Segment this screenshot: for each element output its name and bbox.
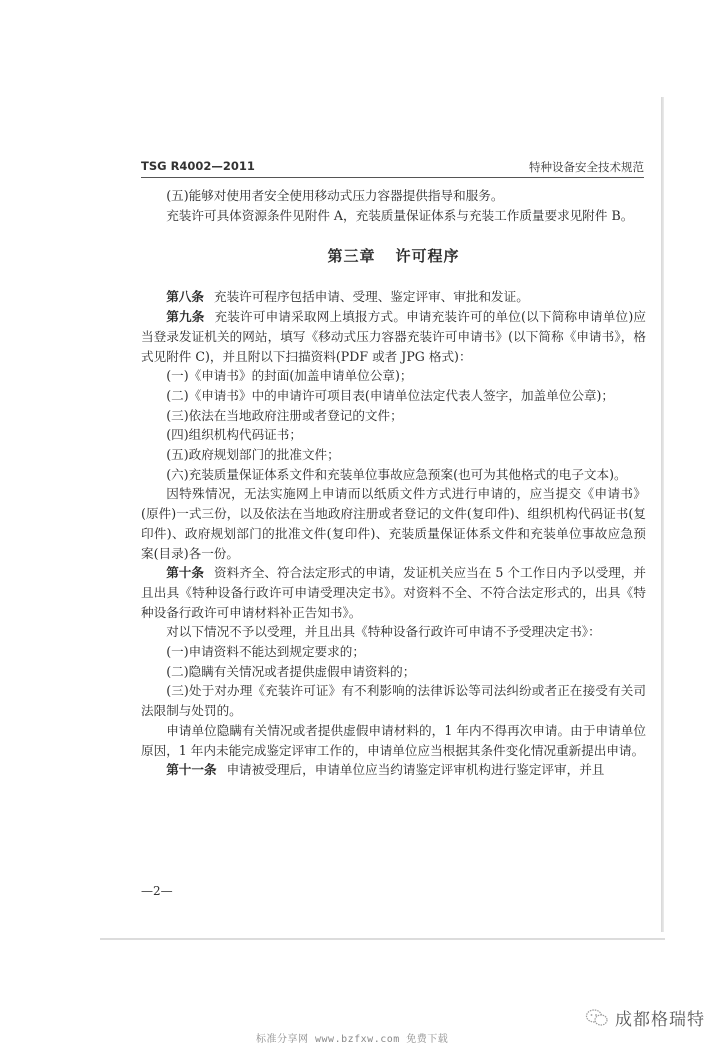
page-edge-bottom xyxy=(100,938,665,940)
running-header: TSG R4002—2011 特种设备安全技术规范 xyxy=(141,157,644,178)
article-text: 资料齐全、符合法定形式的申请，发证机关应当在 5 个工作日内予以受理，并且出具《… xyxy=(141,565,646,619)
chapter-heading: 第三章许可程序 xyxy=(141,245,646,267)
list-item: (六)充装质量保证体系文件和充装单位事故应急预案(也可为其他格式的电子文本)。 xyxy=(141,465,646,485)
list-item: (二)《申请书》中的申请许可项目表(申请单位法定代表人签字，加盖单位公章)； xyxy=(141,386,646,406)
page-edge-right xyxy=(661,97,664,932)
article-text: 申请被受理后，申请单位应当约请鉴定评审机构进行鉴定评审，并且 xyxy=(227,762,605,777)
list-item: (四)组织机构代码证书； xyxy=(141,425,646,445)
wechat-icon xyxy=(585,1009,609,1027)
article-11: 第十一条申请被受理后，申请单位应当约请鉴定评审机构进行鉴定评审，并且 xyxy=(141,760,646,780)
paragraph: 申请单位隐瞒有关情况或者提供虚假申请材料的，1 年内不得再次申请。由于申请单位原… xyxy=(141,721,646,760)
footer-site-watermark: 标准分享网 www.bzfxw.com 免费下载 xyxy=(256,1030,448,1045)
list-item: (三)处于对办理《充装许可证》有不利影响的法律诉讼等司法纠纷或者正在接受有关司法… xyxy=(141,681,646,720)
article-9: 第九条充装许可申请采取网上填报方式。申请充装许可的单位(以下简称申请单位)应当登… xyxy=(141,307,646,366)
list-item: (一)《申请书》的封面(加盖申请单位公章)； xyxy=(141,366,646,386)
watermark-text: 成都格瑞特 xyxy=(615,1005,705,1030)
page-number: —2— xyxy=(141,884,173,898)
watermark: 成都格瑞特 xyxy=(585,1005,705,1030)
chapter-title: 许可程序 xyxy=(396,247,460,265)
list-item: (三)依法在当地政府注册或者登记的文件； xyxy=(141,406,646,426)
article-label: 第九条 xyxy=(166,309,204,324)
paragraph: (五)能够对使用者安全使用移动式压力容器提供指导和服务。 xyxy=(141,186,646,206)
chapter-number: 第三章 xyxy=(327,247,375,265)
paragraph: 对以下情况不予以受理，并且出具《特种设备行政许可申请不予受理决定书》： xyxy=(141,622,646,642)
list-item: (一)申请资料不能达到规定要求的； xyxy=(141,642,646,662)
article-8: 第八条充装许可程序包括申请、受理、鉴定评审、审批和发证。 xyxy=(141,287,646,307)
page-body: (五)能够对使用者安全使用移动式压力容器提供指导和服务。 充装许可具体资源条件见… xyxy=(141,186,646,780)
standard-series-title: 特种设备安全技术规范 xyxy=(529,159,644,175)
article-10: 第十条资料齐全、符合法定形式的申请，发证机关应当在 5 个工作日内予以受理，并且… xyxy=(141,563,646,622)
list-item: (二)隐瞒有关情况或者提供虚假申请资料的； xyxy=(141,662,646,682)
article-label: 第十一条 xyxy=(166,762,216,777)
article-label: 第八条 xyxy=(166,289,204,304)
article-text: 充装许可程序包括申请、受理、鉴定评审、审批和发证。 xyxy=(214,289,529,304)
list-item: (五)政府规划部门的批准文件； xyxy=(141,445,646,465)
standard-code: TSG R4002—2011 xyxy=(141,159,255,173)
article-text: 充装许可申请采取网上填报方式。申请充装许可的单位(以下简称申请单位)应当登录发证… xyxy=(141,309,646,363)
article-label: 第十条 xyxy=(166,565,204,580)
paragraph: 因特殊情况，无法实施网上申请而以纸质文件方式进行申请的，应当提交《申请书》(原件… xyxy=(141,484,646,563)
paragraph: 充装许可具体资源条件见附件 A，充装质量保证体系与充装工作质量要求见附件 B。 xyxy=(141,206,646,226)
